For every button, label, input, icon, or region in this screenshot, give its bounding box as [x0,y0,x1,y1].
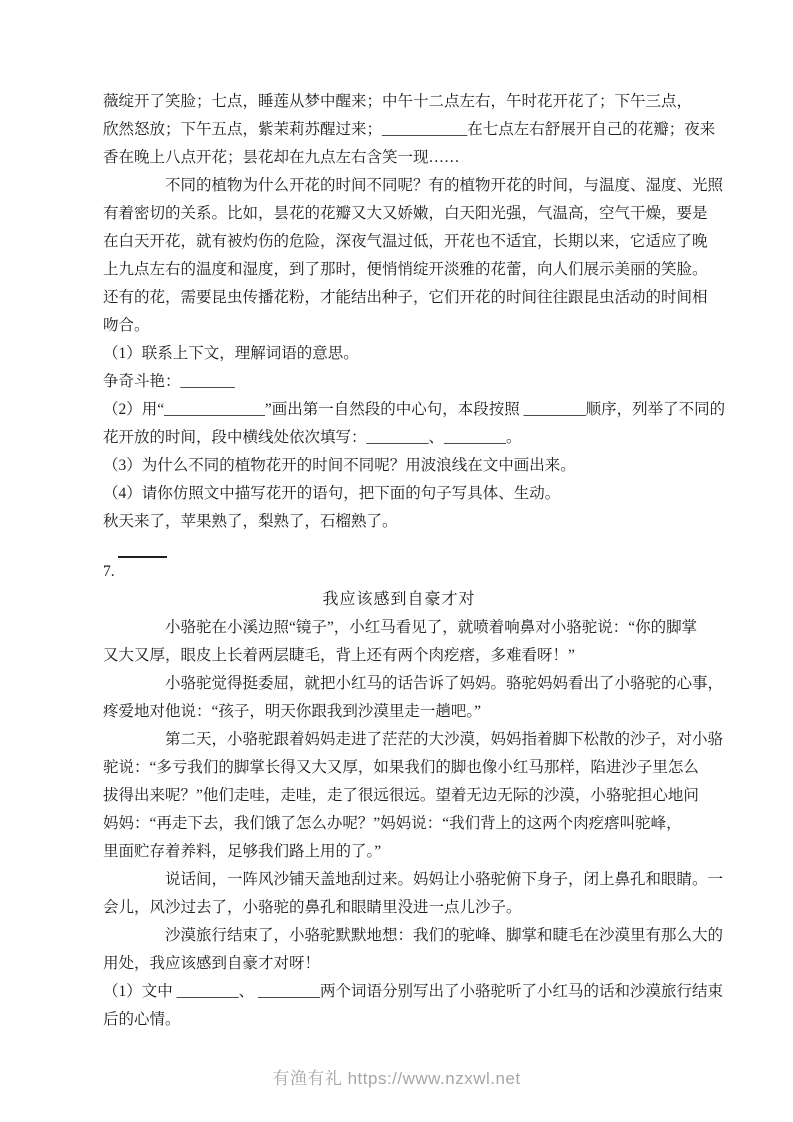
text-line: 第二天，小骆驼跟着妈妈走进了茫茫的大沙漠，妈妈指着脚下松散的沙子，对小骆 [103,726,695,754]
text-line: （1）文中 ________、 ________两个词语分别写出了小骆驼听了小红… [103,978,695,1006]
text-line: 说话间，一阵风沙铺天盖地刮过来。妈妈让小骆驼俯下身子，闭上鼻孔和眼睛。一 [103,866,695,894]
document-page: 薇绽开了笑脸；七点，睡莲从梦中醒来；中午十二点左右，午时花开花了；下午三点，欣然… [0,0,793,1122]
text-line: 用处，我应该感到自豪才对呀！ [103,950,695,978]
reading1-questions: （1）联系上下文，理解词语的意思。争奇斗艳：_______（2）用“______… [103,340,695,536]
question7-paragraph-2: 小骆驼觉得挺委屈，就把小红马的话告诉了妈妈。骆驼妈妈看出了小骆驼的心事，疼爱地对… [103,670,695,726]
passage-title: 我应该感到自豪才对 [103,586,695,614]
reading1-passage-paragraph2: 不同的植物为什么开花的时间不同呢？有的植物开花的时间，与温度、湿度、光照有着密切… [103,172,695,340]
text-line: 香在晚上八点开花；昙花却在九点左右含笑一现…… [103,144,695,172]
text-line: 吻合。 [103,312,695,340]
text-line: 会儿，风沙过去了，小骆驼的鼻孔和眼睛里没进一点儿沙子。 [103,894,695,922]
text-line: 里面贮存着养料，足够我们路上用的了。” [103,838,695,866]
text-line: 花开放的时间，段中横线处依次填写：________、________。 [103,424,695,452]
text-line: 秋天来了，苹果熟了，梨熟了，石榴熟了。 [103,508,695,536]
text-line: 小骆驼觉得挺委屈，就把小红马的话告诉了妈妈。骆驼妈妈看出了小骆驼的心事， [103,670,695,698]
text-line: 薇绽开了笑脸；七点，睡莲从梦中醒来；中午十二点左右，午时花开花了；下午三点， [103,88,695,116]
text-line: 还有的花，需要昆虫传播花粉，才能结出种子，它们开花的时间往往跟昆虫活动的时间相 [103,284,695,312]
text-line: 后的心情。 [103,1006,695,1034]
question7-paragraph-3: 第二天，小骆驼跟着妈妈走进了茫茫的大沙漠，妈妈指着脚下松散的沙子，对小骆驼说：“… [103,726,695,866]
text-line: 在白天开花，就有被灼伤的危险，深夜气温过低，开花也不适宜，长期以来，它适应了晚 [103,228,695,256]
question7-paragraph-5: 沙漠旅行结束了，小骆驼默默地想：我们的驼峰、脚掌和睫毛在沙漠里有那么大的用处，我… [103,922,695,978]
text-line: （1）联系上下文，理解词语的意思。 [103,340,695,368]
text-line: 小骆驼在小溪边照“镜子”，小红马看见了，就喷着响鼻对小骆驼说：“你的脚掌 [103,614,695,642]
exam-document-body: 薇绽开了笑脸；七点，睡莲从梦中醒来；中午十二点左右，午时花开花了；下午三点，欣然… [103,88,695,1034]
question7-sub-question-1: （1）文中 ________、 ________两个词语分别写出了小骆驼听了小红… [103,978,695,1034]
text-line: 驼说：“多亏我们的脚掌长得又大又厚，如果我们的脚也像小红马那样，陷进沙子里怎么 [103,754,695,782]
text-line: 上九点左右的温度和湿度，到了那时，便悄悄绽开淡雅的花蕾，向人们展示美丽的笑脸。 [103,256,695,284]
text-line: 不同的植物为什么开花的时间不同呢？有的植物开花的时间，与温度、湿度、光照 [103,172,695,200]
text-line: 争奇斗艳：_______ [103,368,695,396]
answer-blank-line [118,544,167,558]
text-line: （4）请你仿照文中描写花开的语句，把下面的句子写具体、生动。 [103,480,695,508]
text-line: 沙漠旅行结束了，小骆驼默默地想：我们的驼峰、脚掌和睫毛在沙漠里有那么大的 [103,922,695,950]
question7-paragraph-4: 说话间，一阵风沙铺天盖地刮过来。妈妈让小骆驼俯下身子，闭上鼻孔和眼睛。一会儿，风… [103,866,695,922]
text-line: 有着密切的关系。比如，昙花的花瓣又大又娇嫩，白天阳光强，气温高，空气干燥，要是 [103,200,695,228]
question7-paragraph-1: 小骆驼在小溪边照“镜子”，小红马看见了，就喷着响鼻对小骆驼说：“你的脚掌又大又厚… [103,614,695,670]
footer-watermark: 有渔有礼 https://www.nzxwl.net [0,1064,793,1089]
reading1-passage-continuation: 薇绽开了笑脸；七点，睡莲从梦中醒来；中午十二点左右，午时花开花了；下午三点，欣然… [103,88,695,172]
text-line: （3）为什么不同的植物花开的时间不同呢？用波浪线在文中画出来。 [103,452,695,480]
text-line: 疼爱地对他说：“孩子，明天你跟我到沙漠里走一趟吧。” [103,698,695,726]
text-line: 拔得出来呢？”他们走哇，走哇，走了很远很远。望着无边无际的沙漠，小骆驼担心地问 [103,782,695,810]
text-line: 欣然怒放；下午五点，紫茉莉苏醒过来；___________在七点左右舒展开自己的… [103,116,695,144]
text-line: （2）用“_____________”画出第一自然段的中心句，本段按照 ____… [103,396,695,424]
text-line: 又大又厚，眼皮上长着两层睫毛，背上还有两个肉疙瘩，多难看呀！” [103,642,695,670]
text-line: 妈妈：“再走下去，我们饿了怎么办呢？”妈妈说：“我们背上的这两个肉疙瘩叫驼峰， [103,810,695,838]
question-7-number: 7. [103,558,695,586]
